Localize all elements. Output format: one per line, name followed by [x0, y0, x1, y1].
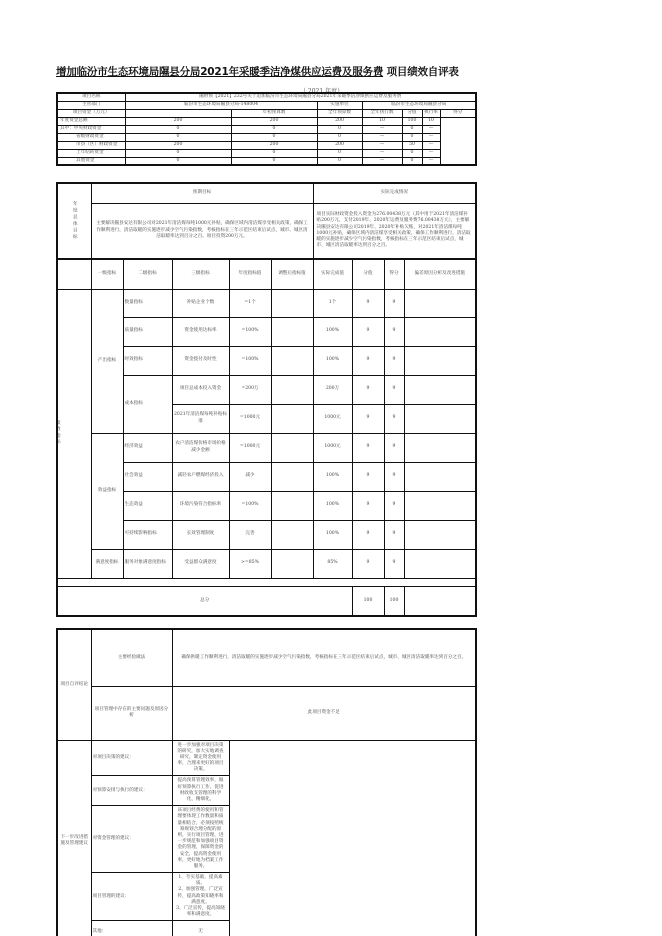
l2-indicator: 数量指标	[123, 289, 172, 317]
ind-weight: 9	[352, 491, 384, 520]
dept-label: 主管部门	[57, 101, 125, 109]
main-exp: 确保供暖工作顺利进行，清洁取暖的实施逐步减少空气污染指数，考核指标在三年示范区结…	[172, 629, 476, 686]
suggestion-text: 进一步加强对项目决策的研究，加大实地调查研究，制定资金使用率，合理来更好的项目决…	[172, 740, 229, 776]
funds-header: 年初预算数	[231, 109, 317, 117]
total-label: 总分	[57, 586, 352, 616]
ind-score: 9	[384, 491, 404, 520]
funds-cell: 0	[231, 125, 317, 133]
ind-score: 9	[384, 462, 404, 491]
title-main: 增加临汾市生态环境局隰县分局2021年采暖季洁净煤供应运费及服务费	[56, 66, 383, 78]
ind-note	[404, 433, 476, 462]
ind-actual: 100%	[313, 491, 352, 520]
ind-score: 9	[384, 289, 404, 317]
funds-header: 分值	[402, 109, 422, 117]
problems: 此项目资金不足	[172, 686, 476, 740]
funds-cell: 0	[402, 157, 422, 165]
ind-actual: 100%	[313, 520, 352, 549]
ind-header: 三级指标	[172, 259, 229, 289]
funds-cell: 0	[402, 149, 422, 157]
funds-cell: —	[362, 149, 402, 157]
ind-note	[404, 375, 476, 404]
conclusion-label: 项目自评结论	[57, 629, 91, 740]
ind-target: =200万	[229, 375, 271, 404]
suggestion-row: 对预算安排与执行的建议：提高预算管理效率，做好预算执行工作，促进财政收支管理的科…	[57, 776, 476, 806]
ind-target: =1000元	[229, 433, 271, 462]
indicators-table: 一级指标 二级指标 三级指标 年度指标值 调整后指标值 实际完成值 分值 得分 …	[56, 258, 477, 617]
suggestion-label: 项目管理的建议：	[91, 873, 172, 921]
ind-header: 实际完成值	[313, 259, 352, 289]
ind-score: 9	[384, 317, 404, 346]
funds-cell: 10	[362, 117, 402, 125]
ind-weight: 9	[352, 404, 384, 433]
funds-row-name: 其中：中央财政资金	[57, 125, 125, 133]
funds-row: 上年结转资金000—0—	[57, 149, 476, 157]
funds-cell: 0	[231, 149, 317, 157]
funds-row-name: 其他资金	[57, 157, 125, 165]
funds-cell: —	[362, 125, 402, 133]
suggestion-label: 对预算安排与执行的建议：	[91, 776, 172, 806]
funds-cell: 10	[422, 117, 440, 125]
funds-cell: 0	[317, 157, 362, 165]
suggestion-text: 1、夸实基础，提高素质。 2、加强管理，广泛宣传，提高政策知晓率和满意度。 3、…	[172, 873, 229, 921]
funds-header: 执行率	[422, 109, 440, 117]
ind-target: =1000元	[229, 404, 271, 433]
l2-indicator: 生态效益	[123, 491, 172, 520]
ind-adjusted	[271, 346, 313, 375]
ind-adjusted	[271, 317, 313, 346]
ind-adjusted	[271, 289, 313, 317]
l2-indicator: 时效指标	[123, 346, 172, 375]
funds-cell: 200	[125, 141, 231, 149]
ind-header: 偏差原因分析及改进措施	[404, 259, 476, 289]
ind-weight: 9	[352, 375, 384, 404]
dept: 临汾市生态环境局隰县分局-148004	[125, 101, 317, 109]
suggestion-text: 无	[172, 921, 229, 936]
ind-l3: 受益群众满意度	[172, 549, 229, 578]
ind-note	[404, 462, 476, 491]
problems-label: 项目管理中存在的主要问题及原因分析	[91, 686, 172, 740]
ind-note	[404, 549, 476, 578]
funds-cell: 0	[231, 133, 317, 141]
ind-target: =100%	[229, 317, 271, 346]
next-steps-label: 下一步改进措施及管理建议	[57, 740, 91, 936]
funds-cell: —	[362, 141, 402, 149]
goals-label: 年度总体目标	[57, 183, 91, 259]
l2-indicator: 质量指标	[123, 317, 172, 346]
funds-cell: —	[362, 157, 402, 165]
ind-l3: 2021年清洁煤每吨补贴标准	[172, 404, 229, 433]
ind-l3: 补贴企业个数	[172, 289, 229, 317]
ind-l3: 农户清洁煤价格市场价格减少金额	[172, 433, 229, 462]
funds-cell: 50	[402, 141, 422, 149]
ind-weight: 9	[352, 289, 384, 317]
funds-header: 得分	[440, 109, 476, 117]
ind-adjusted	[271, 491, 313, 520]
ind-actual: 200万	[313, 375, 352, 404]
ind-weight: 9	[352, 433, 384, 462]
ind-weight: 9	[352, 520, 384, 549]
funds-row: 省级财政资金000—0—	[57, 133, 476, 141]
ind-target: 减少	[229, 462, 271, 491]
impl-unit: 临汾市生态环境局隰县分局	[362, 101, 476, 109]
goals-table: 年度总体目标 预期目标 实际完成情况 主要解决隰县安达有限公司对2021年清洁煤…	[56, 182, 477, 260]
funds-cell: 0	[125, 133, 231, 141]
funds-header: 全年执行数	[362, 109, 402, 117]
ind-weight: 9	[352, 462, 384, 491]
ind-actual: 85%	[313, 549, 352, 578]
ind-header: 调整后指标值	[271, 259, 313, 289]
page-title: 增加临汾市生态环境局隰县分局2021年采暖季洁净煤供应运费及服务费 项目绩效自评…	[56, 64, 459, 79]
funds-row-name: 市县（区）财政资金	[57, 141, 125, 149]
funds-cell: 0	[231, 157, 317, 165]
funds-row: 市县（区）财政资金200200200—50—	[57, 141, 476, 149]
ind-score: 9	[384, 433, 404, 462]
ind-adjusted	[271, 520, 313, 549]
l2-indicator: 服务对象满意度指标	[123, 549, 172, 578]
ind-header: 二级指标	[123, 259, 172, 289]
l2-indicator: 成本指标	[123, 375, 172, 433]
funds-cell: 200	[125, 117, 231, 125]
funds-cell: 200	[231, 141, 317, 149]
ind-actual: 100%	[313, 317, 352, 346]
suggestion-row: 其他：无	[57, 921, 476, 936]
ind-note	[404, 520, 476, 549]
funds-row-name: 年度资金总额	[57, 117, 125, 125]
ind-actual: 1个	[313, 289, 352, 317]
total-weight: 100	[352, 586, 384, 616]
ind-target: >=85%	[229, 549, 271, 578]
l1-output: 产出指标	[91, 289, 123, 433]
actual-result: 项目实际财政资金投入资金为276.00438万元（其中用于2021年清洁煤补贴2…	[313, 203, 476, 259]
indicator-row: 绩效指标产出指标数量指标补贴企业个数=1个1个99	[57, 289, 476, 317]
ind-note	[404, 346, 476, 375]
funds-cell: 0	[125, 125, 231, 133]
indicator-row: 效益指标经济效益农户清洁煤价格市场价格减少金额=1000元1000元99	[57, 433, 476, 462]
ind-target: =1个	[229, 289, 271, 317]
ind-l3: 资金使用达标率	[172, 317, 229, 346]
expected-label: 预期目标	[91, 183, 313, 203]
ind-score: 9	[384, 375, 404, 404]
funds-cell: 0	[125, 149, 231, 157]
funds-header: 全年预算数	[317, 109, 362, 117]
ind-actual: 100%	[313, 346, 352, 375]
funds-cell: 0	[317, 133, 362, 141]
funds-cell: 0	[125, 157, 231, 165]
expected-goal: 主要解决隰县安达有限公司对2021年清洁煤每吨1000元补贴，确保区域内清洁煤享…	[91, 203, 313, 259]
ind-note	[404, 404, 476, 433]
project-name: 隰财预【2021】232号关于追加临汾市生态环境局隰县分局2021年采暖季洁净煤…	[125, 93, 476, 101]
ind-target: =100%	[229, 491, 271, 520]
ind-target: =100%	[229, 346, 271, 375]
funds-cell: —	[422, 149, 440, 157]
ind-adjusted	[271, 549, 313, 578]
funds-row-name: 省级财政资金	[57, 133, 125, 141]
impl-label: 实施单位	[317, 101, 362, 109]
ind-score: 9	[384, 520, 404, 549]
funds-cell: 0	[402, 125, 422, 133]
ind-score: 9	[384, 404, 404, 433]
ind-target: 完善	[229, 520, 271, 549]
ind-header: 分值	[352, 259, 384, 289]
title-suffix: 项目绩效自评表	[387, 66, 459, 78]
suggestion-row: 项目管理的建议：1、夸实基础，提高素质。 2、加强管理，广泛宣传，提高政策知晓率…	[57, 873, 476, 921]
ind-adjusted	[271, 433, 313, 462]
ind-note	[404, 289, 476, 317]
suggestion-label: 其他：	[91, 921, 172, 936]
funds-row-name: 上年结转资金	[57, 149, 125, 157]
funds-cell: —	[422, 125, 440, 133]
funds-row: 其中：中央财政资金000—0—	[57, 125, 476, 133]
main-exp-label: 主要经验做法	[91, 629, 172, 686]
funds-cell: 200	[317, 117, 362, 125]
ind-actual: 1000元	[313, 433, 352, 462]
ind-weight: 9	[352, 346, 384, 375]
l1-satisfaction: 满意度指标	[91, 549, 123, 578]
funds-cell: 100	[402, 117, 422, 125]
funds-cell: 200	[231, 117, 317, 125]
l2-indicator: 经济效益	[123, 433, 172, 462]
ind-adjusted	[271, 462, 313, 491]
funds-cell: 200	[317, 141, 362, 149]
suggestion-text: 该项目经费的使用和管理要体现工作数量和质量相结合，必须按照统筹规划合理分配的原则…	[172, 806, 229, 873]
suggestion-row: 下一步改进措施及管理建议对项目决策的建议：进一步加强对项目决策的研究，加大实地调…	[57, 740, 476, 776]
actual-label: 实际完成情况	[313, 183, 476, 203]
funds-row: 其他资金000—0—	[57, 157, 476, 165]
funds-cell: —	[422, 157, 440, 165]
ind-l3: 减轻农户燃煤经济投入	[172, 462, 229, 491]
ind-weight: 9	[352, 549, 384, 578]
funds-cell: —	[362, 133, 402, 141]
ind-header: 一级指标	[91, 259, 123, 289]
conclusion-table: 项目自评结论 主要经验做法 确保供暖工作顺利进行，清洁取暖的实施逐步减少空气污染…	[56, 628, 477, 936]
funds-cell: 0	[317, 149, 362, 157]
ind-l3: 资金拨付及时性	[172, 346, 229, 375]
ind-weight: 9	[352, 317, 384, 346]
suggestion-label: 对资金管理的建议：	[91, 806, 172, 873]
l2-indicator: 社会效益	[123, 462, 172, 491]
funds-row: 年度资金总额2002002001010010	[57, 117, 476, 125]
ind-note	[404, 491, 476, 520]
funds-cell: —	[422, 133, 440, 141]
ind-header: 得分	[384, 259, 404, 289]
suggestion-label: 对项目决策的建议：	[91, 740, 172, 776]
l2-indicator: 可持续影响指标	[123, 520, 172, 549]
funds-cell: 0	[402, 133, 422, 141]
l1-effect: 效益指标	[91, 433, 123, 549]
suggestion-row: 对资金管理的建议：该项目经费的使用和管理要体现工作数量和质量相结合，必须按照统筹…	[57, 806, 476, 873]
ind-l3: 环境污染符合指标率	[172, 491, 229, 520]
funds-cell: 0	[317, 125, 362, 133]
funds-label: 项目资金（万元）	[57, 109, 125, 117]
perf-section-label: 绩效指标	[57, 289, 91, 578]
indicator-row: 满意度指标服务对象满意度指标受益群众满意度>=85%85%99	[57, 549, 476, 578]
ind-l3: 项目总成本投入资金	[172, 375, 229, 404]
ind-note	[404, 317, 476, 346]
ind-score: 9	[384, 549, 404, 578]
ind-adjusted	[271, 404, 313, 433]
total-score: 100	[384, 586, 404, 616]
ind-l3: 长效管理制度	[172, 520, 229, 549]
ind-adjusted	[271, 375, 313, 404]
funds-cell: —	[422, 141, 440, 149]
basic-info-table: 项目名称 隰财预【2021】232号关于追加临汾市生态环境局隰县分局2021年采…	[56, 92, 477, 166]
ind-actual: 1000元	[313, 404, 352, 433]
project-name-label: 项目名称	[57, 93, 125, 101]
ind-header: 年度指标值	[229, 259, 271, 289]
ind-score: 9	[384, 346, 404, 375]
ind-actual: 100%	[313, 462, 352, 491]
suggestion-text: 提高预算管理效率，做好预算执行工作，促进财政收支管理的科学化、精细化。	[172, 776, 229, 806]
